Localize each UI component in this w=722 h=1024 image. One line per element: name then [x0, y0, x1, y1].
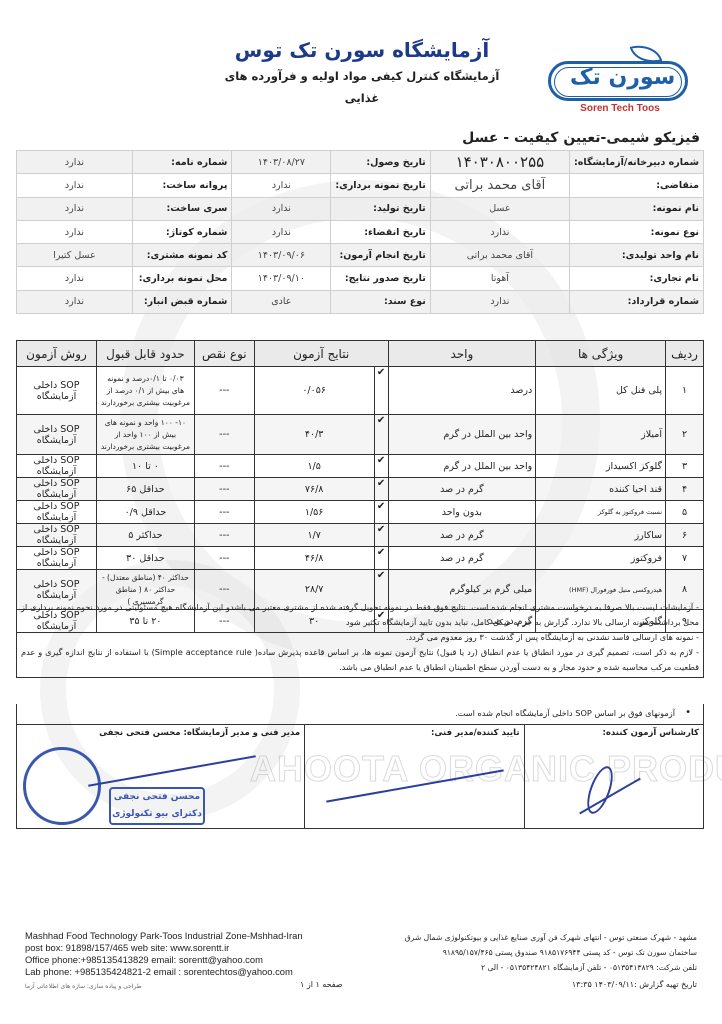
info-label: محل نمونه برداری:	[132, 267, 232, 290]
row-number: ۱	[666, 367, 704, 415]
logo-caption: Soren Tech Toos	[540, 103, 700, 114]
footer-line: post box: 91898/157/465 web site: www.so…	[25, 942, 303, 954]
info-row: نام تجاری: آهوتا تاریخ صدور نتایج: ۱۴۰۳/…	[17, 267, 704, 290]
info-value: ندارد	[430, 220, 569, 243]
manager-stamp: محسن فتحی نجفی دکترای بیو تکنولوژی	[109, 787, 205, 825]
info-value: ندارد	[430, 290, 569, 313]
signature-row: کارشناس آزمون کننده: تایید کننده/مدیر فن…	[16, 725, 704, 829]
defect: ---	[194, 547, 254, 570]
result: ۰/۰۵۶	[254, 367, 374, 415]
limit: ۱۰- ۱۰۰ واحد و نمونه های بیش از ۱۰۰ واحد…	[96, 415, 194, 455]
col-limit: حدود قابل قبول	[96, 341, 194, 367]
info-row: نوع نمونه: ندارد تاریخ انقضاء: ندارد شما…	[17, 220, 704, 243]
info-row: شماره قرارداد: ندارد نوع سند: عادی شماره…	[17, 290, 704, 313]
report-title: فیزیکو شیمی-تعیین کیفیت - عسل	[462, 130, 700, 146]
registry-number: ۱۴۰۳۰۸۰۰۲۵۵	[430, 151, 569, 174]
info-value: عادی	[232, 290, 331, 313]
check-icon: ✔	[374, 478, 388, 501]
check-icon: ✔	[374, 524, 388, 547]
lab-subtitle: آزمایشگاه کنترل کیفی مواد اولیه و فرآورد…	[212, 65, 512, 109]
col-defect: نوع نقص	[194, 341, 254, 367]
info-label: نام نمونه:	[569, 197, 703, 220]
page-number: صفحه ۱ از ۱	[300, 980, 343, 989]
result: ۱/۵	[254, 455, 374, 478]
info-label: متقاضی:	[569, 174, 703, 197]
info-value: آقای محمد براتی	[430, 244, 569, 267]
tester-label: کارشناس آزمون کننده:	[602, 728, 699, 738]
check-icon: ✔	[374, 501, 388, 524]
info-label: نام تجاری:	[569, 267, 703, 290]
signature-mark	[88, 755, 256, 786]
property: ساکارز	[536, 524, 666, 547]
note-line: - نمونه های ارسالی فاسد نشدنی به آزمایشگ…	[21, 630, 699, 645]
lab-logo: سورن تک Soren Tech Toos	[540, 43, 700, 118]
info-row: متقاضی: آقای محمد براتی تاریخ نمونه بردا…	[17, 174, 704, 197]
test-results-table: ردیف ویژگی ها واحد نتایج آزمون نوع نقص ح…	[16, 340, 704, 633]
info-value: عسل	[430, 197, 569, 220]
info-label: شماره نامه:	[132, 151, 232, 174]
note-line: - آزمایشات لیست بالا صرفا به درخواست مشت…	[21, 600, 699, 630]
defect: ---	[194, 524, 254, 547]
bullet-icon: •	[685, 707, 691, 718]
table-row: ۱ پلی فنل کل درصد ✔ ۰/۰۵۶ --- ۰/۰۳ تا ۰/…	[17, 367, 704, 415]
unit: واحد بین الملل در گرم	[388, 455, 536, 478]
signature-mark	[326, 769, 504, 802]
info-label: شماره قبض انبار:	[132, 290, 232, 313]
method: SOP داخلی آزمایشگاه	[17, 524, 97, 547]
info-label: تاریخ صدور نتایج:	[331, 267, 430, 290]
info-value: عسل کتیرا	[17, 244, 133, 267]
table-row: ۴ قند احیا کننده گرم در صد ✔ ۷۶/۸ --- حد…	[17, 478, 704, 501]
property: پلی فنل کل	[536, 367, 666, 415]
stamp-title: دکترای بیو تکنولوژی	[111, 806, 203, 823]
defect: ---	[194, 478, 254, 501]
col-result: نتایج آزمون	[254, 341, 388, 367]
limit: حداقل ۰/۹	[96, 501, 194, 524]
signature-mark	[582, 763, 618, 817]
info-value: ۱۴۰۳/۰۹/۰۶	[232, 244, 331, 267]
unit: درصد	[388, 367, 536, 415]
defect: ---	[194, 415, 254, 455]
info-value: ندارد	[17, 174, 133, 197]
results-header-row: ردیف ویژگی ها واحد نتایج آزمون نوع نقص ح…	[17, 341, 704, 367]
defect: ---	[194, 367, 254, 415]
row-number: ۳	[666, 455, 704, 478]
method: SOP داخلی آزمایشگاه	[17, 415, 97, 455]
row-number: ۵	[666, 501, 704, 524]
check-icon: ✔	[374, 415, 388, 455]
row-number: ۲	[666, 415, 704, 455]
method: SOP داخلی آزمایشگاه	[17, 478, 97, 501]
info-value: ۱۴۰۳/۰۸/۲۷	[232, 151, 331, 174]
info-row: شماره دبیرخانه/آزمایشگاه: ۱۴۰۳۰۸۰۰۲۵۵ تا…	[17, 151, 704, 174]
result: ۴۰/۳	[254, 415, 374, 455]
info-value: ندارد	[17, 267, 133, 290]
check-icon: ✔	[374, 367, 388, 415]
info-value: آهوتا	[430, 267, 569, 290]
info-row: نام نمونه: عسل تاریخ تولید: ندارد سری سا…	[17, 197, 704, 220]
sop-note: • آزمونهای فوق بر اساس SOP داخلی آزمایشگ…	[16, 704, 704, 725]
method: SOP داخلی آزمایشگاه	[17, 455, 97, 478]
unit: واحد بین الملل در گرم	[388, 415, 536, 455]
check-icon: ✔	[374, 547, 388, 570]
info-label: تاریخ وصول:	[331, 151, 430, 174]
tester-signature-cell: کارشناس آزمون کننده:	[524, 725, 703, 828]
property: آمیلاز	[536, 415, 666, 455]
result: ۱/۷	[254, 524, 374, 547]
sop-note-text: آزمونهای فوق بر اساس SOP داخلی آزمایشگاه…	[455, 708, 675, 718]
info-label: سری ساخت:	[132, 197, 232, 220]
check-icon: ✔	[374, 455, 388, 478]
manager-signature-cell: مدیر فنی و مدیر آزمایشگاه: محسن فتحی نجف…	[17, 725, 304, 828]
info-row: نام واحد تولیدی: آقای محمد براتی تاریخ ا…	[17, 244, 704, 267]
footer-line: مشهد - شهرک صنعتی توس - انتهای شهرک فن آ…	[405, 930, 697, 945]
table-row: ۶ ساکارز گرم در صد ✔ ۱/۷ --- حداکثر ۵ SO…	[17, 524, 704, 547]
disclaimer-notes: - آزمایشات لیست بالا صرفا به درخواست مشت…	[16, 598, 704, 678]
info-label: نوع سند:	[331, 290, 430, 313]
info-label: تاریخ تولید:	[331, 197, 430, 220]
footer-credit: طراحی و پیاده سازی: سازه های اطلاعاتی آز…	[25, 983, 142, 990]
footer-line: Lab phone: +985135424821-2 email : soren…	[25, 966, 303, 978]
defect: ---	[194, 455, 254, 478]
info-label: نام واحد تولیدی:	[569, 244, 703, 267]
header-titles: آزمایشگاه سورن تک توس آزمایشگاه کنترل کی…	[212, 35, 512, 109]
row-number: ۶	[666, 524, 704, 547]
property: نسبت فروکتوز به گلوکز	[536, 501, 666, 524]
footer-line: Office phone:+985135413829 email: sorent…	[25, 954, 303, 966]
result: ۱/۵۶	[254, 501, 374, 524]
info-label: شماره کوتاژ:	[132, 220, 232, 243]
result: ۷۶/۸	[254, 478, 374, 501]
row-number: ۷	[666, 547, 704, 570]
row-number: ۴	[666, 478, 704, 501]
info-label: پروانه ساخت:	[132, 174, 232, 197]
table-row: ۵ نسبت فروکتوز به گلوکز بدون واحد ✔ ۱/۵۶…	[17, 501, 704, 524]
footer-address-fa: مشهد - شهرک صنعتی توس - انتهای شهرک فن آ…	[405, 930, 697, 975]
report-header: سورن تک Soren Tech Toos آزمایشگاه سورن ت…	[0, 35, 722, 125]
note-line: - لازم به ذکر است، تصمیم گیری در مورد ان…	[21, 645, 699, 675]
unit: گرم در صد	[388, 478, 536, 501]
unit: گرم در صد	[388, 524, 536, 547]
manager-label: مدیر فنی و مدیر آزمایشگاه: محسن فتحی نجف…	[99, 728, 300, 738]
property: قند احیا کننده	[536, 478, 666, 501]
info-value: ندارد	[17, 151, 133, 174]
unit: گرم در صد	[388, 547, 536, 570]
info-value: ندارد	[17, 197, 133, 220]
table-row: ۲ آمیلاز واحد بین الملل در گرم ✔ ۴۰/۳ --…	[17, 415, 704, 455]
info-value: ندارد	[17, 290, 133, 313]
col-row: ردیف	[666, 341, 704, 367]
lab-title: آزمایشگاه سورن تک توس	[212, 35, 512, 65]
defect: ---	[194, 501, 254, 524]
info-label: تاریخ انقضاء:	[331, 220, 430, 243]
info-label: شماره قرارداد:	[569, 290, 703, 313]
method: SOP داخلی آزمایشگاه	[17, 367, 97, 415]
col-method: روش آزمون	[17, 341, 97, 367]
footer-address-en: Mashhad Food Technology Park-Toos Indust…	[25, 930, 303, 978]
method: SOP داخلی آزمایشگاه	[17, 547, 97, 570]
info-label: نوع نمونه:	[569, 220, 703, 243]
report-date: تاریخ تهیه گزارش :۱۴۰۳/۰۹/۱۱ ۱۳:۳۵	[572, 980, 697, 989]
info-label: تاریخ نمونه برداری:	[331, 174, 430, 197]
table-row: ۳ گلوکز اکسیداز واحد بین الملل در گرم ✔ …	[17, 455, 704, 478]
info-value: ندارد	[232, 197, 331, 220]
approver-label: تایید کننده/مدیر فنی:	[431, 728, 519, 738]
info-label: تاریخ انجام آزمون:	[331, 244, 430, 267]
approver-signature-cell: تایید کننده/مدیر فنی:	[304, 725, 523, 828]
col-property: ویژگی ها	[536, 341, 666, 367]
footer-line: تلفن شرکت: ۰۵۱۳۵۴۱۳۸۲۹ - تلفن آزمایشگاه …	[405, 960, 697, 975]
footer-line: ساختمان سورن تک توس - کد پستی ۹۱۸۵۱۷۶۹۴۴…	[405, 945, 697, 960]
info-value: ندارد	[17, 220, 133, 243]
limit: حداکثر ۵	[96, 524, 194, 547]
limit: حداقل ۶۵	[96, 478, 194, 501]
info-value: ندارد	[232, 220, 331, 243]
logo-wordmark: سورن تک	[570, 65, 675, 90]
info-label: کد نمونه مشتری:	[132, 244, 232, 267]
applicant-name: آقای محمد براتی	[430, 174, 569, 197]
table-row: ۷ فروکتوز گرم در صد ✔ ۴۶/۸ --- حداقل ۳۰ …	[17, 547, 704, 570]
result: ۴۶/۸	[254, 547, 374, 570]
property: فروکتوز	[536, 547, 666, 570]
unit: بدون واحد	[388, 501, 536, 524]
info-label: شماره دبیرخانه/آزمایشگاه:	[569, 151, 703, 174]
info-value: ندارد	[232, 174, 331, 197]
sample-info-table: شماره دبیرخانه/آزمایشگاه: ۱۴۰۳۰۸۰۰۲۵۵ تا…	[16, 150, 704, 314]
col-unit: واحد	[388, 341, 536, 367]
limit: ۰/۰۳ تا ۰/۱درصد و نمونه های بیش از ۰/۱ د…	[96, 367, 194, 415]
method: SOP داخلی آزمایشگاه	[17, 501, 97, 524]
limit: حداقل ۳۰	[96, 547, 194, 570]
limit: ۰ تا ۱۰	[96, 455, 194, 478]
property: گلوکز اکسیداز	[536, 455, 666, 478]
footer-line: Mashhad Food Technology Park-Toos Indust…	[25, 930, 303, 942]
info-value: ۱۴۰۳/۰۹/۱۰	[232, 267, 331, 290]
stamp-name: محسن فتحی نجفی	[111, 789, 203, 806]
